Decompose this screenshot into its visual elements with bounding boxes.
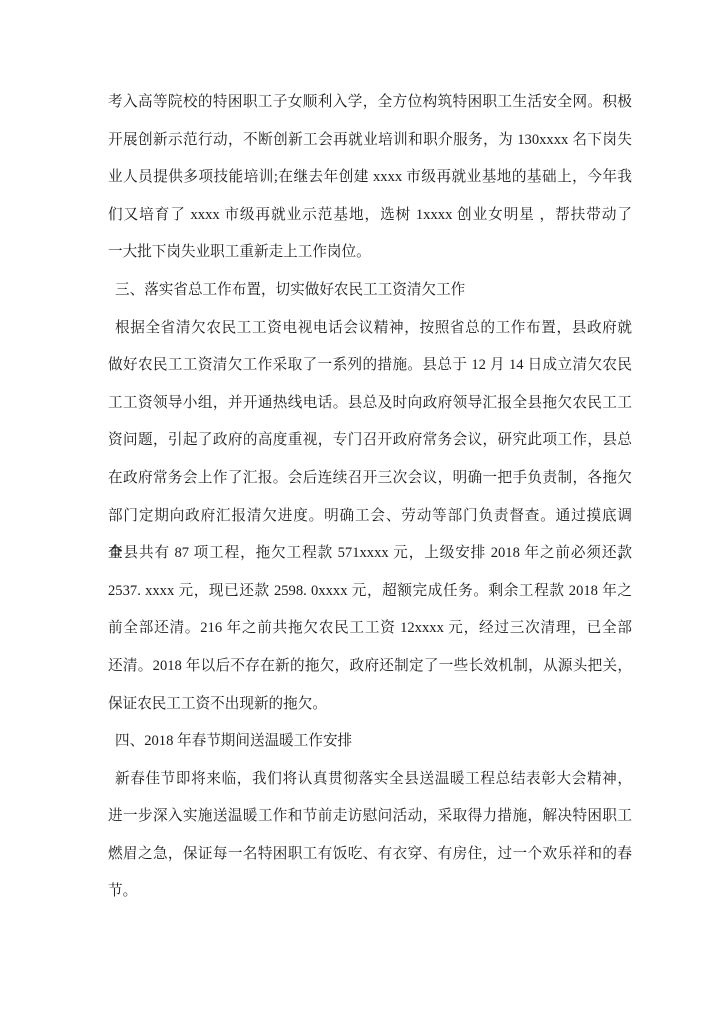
text-line: 业人员提供多项技能培训;在继去年创建 xxxx 市级再就业基地的基础上，今年我 [108, 159, 632, 197]
text-line: 根据全省清欠农民工工资电视电话会议精神，按照省总的工作布置，县政府就 [108, 310, 632, 348]
text-line: 部门定期向政府汇报清欠进度。明确工会、劳动等部门负责督查。通过摸底调查， [108, 498, 632, 536]
text-line: 工工资领导小组，并开通热线电话。县总及时向政府领导汇报全县拖欠农民工工 [108, 385, 632, 423]
section-heading: 四、2018 年春节期间送温暖工作安排 [108, 723, 632, 761]
text-line: 2537. xxxx 元，现已还款 2598. 0xxxx 元，超额完成任务。剩… [108, 573, 632, 611]
text-line: 全县共有 87 项工程，拖欠工程款 571xxxx 元，上级安排 2018 年之… [108, 535, 632, 573]
text-line: 在政府常务会上作了汇报。会后连续召开三次会议，明确一把手负责制，各拖欠 [108, 460, 632, 498]
text-line: 燃眉之急，保证每一名特困职工有饭吃、有衣穿、有房住，过一个欢乐祥和的春 [108, 836, 632, 874]
text-line: 做好农民工工资清欠工作采取了一系列的措施。县总于 12 月 14 日成立清欠农民 [108, 347, 632, 385]
document-body: 考入高等院校的特困职工子女顺利入学，全方位构筑特困职工生活安全网。积极开展创新示… [108, 84, 632, 911]
text-line: 开展创新示范行动，不断创新工会再就业培训和职介服务，为 130xxxx 名下岗失 [108, 122, 632, 160]
text-line: 还清。2018 年以后不存在新的拖欠，政府还制定了一些长效机制，从源头把关， [108, 648, 632, 686]
text-line: 资问题，引起了政府的高度重视，专门召开政府常务会议，研究此项工作，县总 [108, 422, 632, 460]
text-line: 一大批下岗失业职工重新走上工作岗位。 [108, 234, 632, 272]
text-line: 进一步深入实施送温暖工作和节前走访慰问活动，采取得力措施，解决特困职工 [108, 798, 632, 836]
text-line: 们又培育了 xxxx 市级再就业示范基地，选树 1xxxx 创业女明星 ，帮扶带… [108, 197, 632, 235]
text-line: 新春佳节即将来临，我们将认真贯彻落实全县送温暖工程总结表彰大会精神， [108, 761, 632, 799]
text-line: 节。 [108, 873, 632, 911]
section-heading: 三、落实省总工作布置，切实做好农民工工资清欠工作 [108, 272, 632, 310]
document-page: 考入高等院校的特困职工子女顺利入学，全方位构筑特困职工生活安全网。积极开展创新示… [0, 0, 721, 1020]
text-line: 考入高等院校的特困职工子女顺利入学，全方位构筑特困职工生活安全网。积极 [108, 84, 632, 122]
text-line: 保证农民工工资不出现新的拖欠。 [108, 686, 632, 724]
text-line: 前全部还清。216 年之前共拖欠农民工工资 12xxxx 元，经过三次清理，已全… [108, 610, 632, 648]
